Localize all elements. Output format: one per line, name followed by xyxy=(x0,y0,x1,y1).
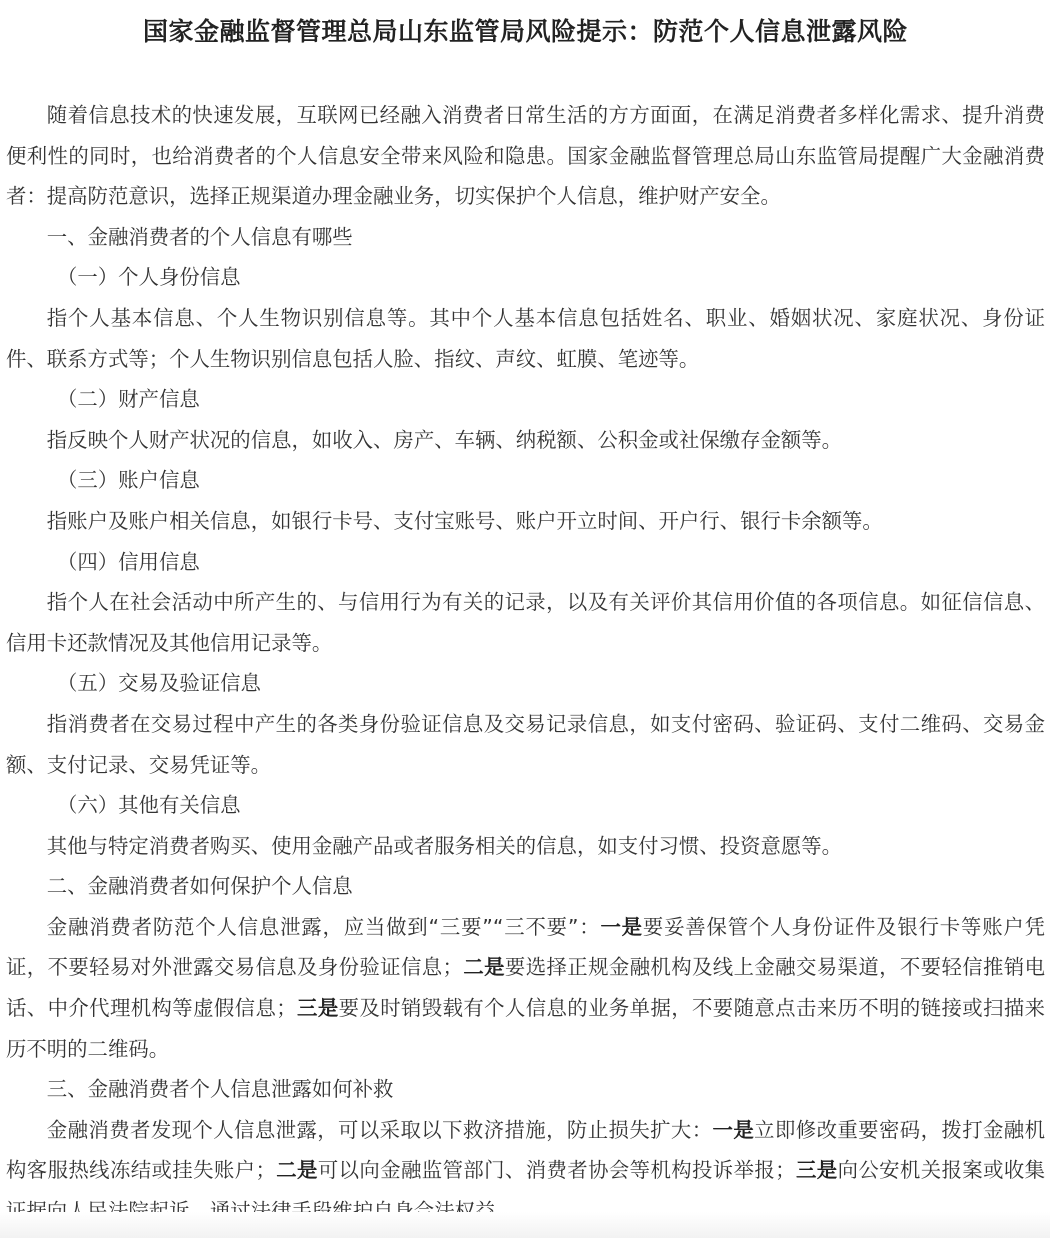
subsection-4-heading: （四）信用信息 xyxy=(6,542,1045,583)
subsection-4-text: 指个人在社会活动中所产生的、与信用行为有关的记录，以及有关评价其信用价值的各项信… xyxy=(6,582,1045,663)
point-label: 二是 xyxy=(463,955,505,979)
subsection-6-text: 其他与特定消费者购买、使用金融产品或者服务相关的信息，如支付习惯、投资意愿等。 xyxy=(6,826,1045,867)
point-label: 三是 xyxy=(297,996,339,1020)
subsection-2-heading: （二）财产信息 xyxy=(6,379,1045,420)
section-1-heading: 一、金融消费者的个人信息有哪些 xyxy=(6,217,1045,258)
intro-paragraph: 随着信息技术的快速发展，互联网已经融入消费者日常生活的方方面面，在满足消费者多样… xyxy=(6,95,1045,217)
section-3-lead: 金融消费者发现个人信息泄露，可以采取以下救济措施，防止损失扩大： xyxy=(47,1118,713,1142)
section-2-heading: 二、金融消费者如何保护个人信息 xyxy=(6,866,1045,907)
section-2-paragraph: 金融消费者防范个人信息泄露，应当做到“三要”“三不要”：一是要妥善保管个人身份证… xyxy=(6,907,1045,1069)
point-label: 一是 xyxy=(713,1118,755,1142)
subsection-5-heading: （五）交易及验证信息 xyxy=(6,663,1045,704)
point-label: 二是 xyxy=(276,1158,318,1182)
subsection-2-text: 指反映个人财产状况的信息，如收入、房产、车辆、纳税额、公积金或社保缴存金额等。 xyxy=(6,420,1045,461)
article: 国家金融监督管理总局山东监管局风险提示：防范个人信息泄露风险 随着信息技术的快速… xyxy=(0,0,1050,1232)
section-2-lead: 金融消费者防范个人信息泄露，应当做到“三要”“三不要”： xyxy=(47,915,601,939)
point-label: 一是 xyxy=(600,915,642,939)
subsection-5-text: 指消费者在交易过程中产生的各类身份验证信息及交易记录信息，如支付密码、验证码、支… xyxy=(6,704,1045,785)
point-label: 三是 xyxy=(796,1158,838,1182)
subsection-1-text: 指个人基本信息、个人生物识别信息等。其中个人基本信息包括姓名、职业、婚姻状况、家… xyxy=(6,298,1045,379)
article-title: 国家金融监督管理总局山东监管局风险提示：防范个人信息泄露风险 xyxy=(6,0,1045,52)
subsection-3-text: 指账户及账户相关信息，如银行卡号、支付宝账号、账户开立时间、开户行、银行卡余额等… xyxy=(6,501,1045,542)
point-text: 可以向金融监管部门、消费者协会等机构投诉举报； xyxy=(318,1158,796,1182)
bottom-band xyxy=(0,1212,1050,1238)
subsection-6-heading: （六）其他有关信息 xyxy=(6,785,1045,826)
subsection-3-heading: （三）账户信息 xyxy=(6,460,1045,501)
subsection-1-heading: （一）个人身份信息 xyxy=(6,257,1045,298)
article-body: 随着信息技术的快速发展，互联网已经融入消费者日常生活的方方面面，在满足消费者多样… xyxy=(6,95,1045,1232)
section-3-heading: 三、金融消费者个人信息泄露如何补救 xyxy=(6,1069,1045,1110)
